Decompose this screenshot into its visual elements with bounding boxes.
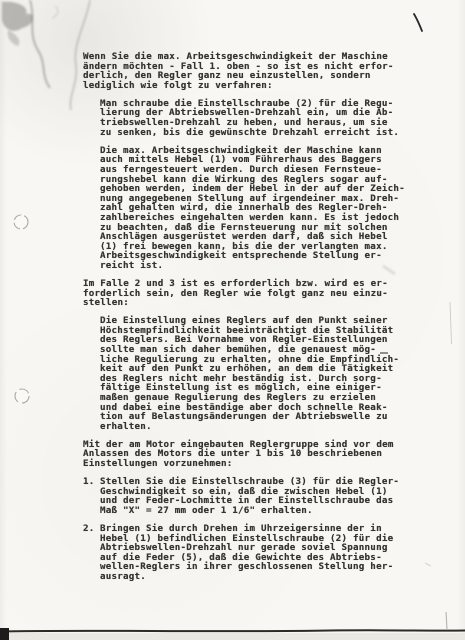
paragraph-text: Mit der am Motor eingebauten Reglergrupp… bbox=[83, 440, 413, 469]
numbered-item: 1.Stellen Sie die Einstellschraube (3) f… bbox=[83, 477, 413, 515]
paragraph: Im Falle 2 und 3 ist es erforderlich bzw… bbox=[83, 279, 413, 308]
punch-hole bbox=[15, 389, 29, 403]
paragraph: Die max. Arbeitsgeschwindigkeit der Masc… bbox=[100, 146, 413, 271]
paragraph: Man schraube die Einstellschraube (2) fü… bbox=[100, 99, 413, 137]
numbered-item: 2.Bringen Sie durch Drehen im Uhrzeigers… bbox=[83, 524, 413, 582]
item-number: 2. bbox=[83, 524, 100, 582]
paragraph-text: Man schraube die Einstellschraube (2) fü… bbox=[100, 99, 413, 137]
paragraph-text: Die Einstellung eines Reglers auf den Pu… bbox=[100, 316, 413, 431]
paragraph-text: Wenn Sie die max. Arbeitsgeschwindigkeit… bbox=[83, 52, 413, 90]
paragraph: Die Einstellung eines Reglers auf den Pu… bbox=[100, 316, 413, 431]
document-text: Wenn Sie die max. Arbeitsgeschwindigkeit… bbox=[83, 52, 413, 590]
punch-hole bbox=[14, 215, 28, 229]
item-number: 1. bbox=[83, 477, 100, 515]
paragraph: Mit der am Motor eingebauten Reglergrupp… bbox=[83, 440, 413, 469]
paragraph-text: Stellen Sie die Einstellschraube (3) für… bbox=[100, 477, 399, 515]
pen-backslash-mark bbox=[414, 14, 422, 31]
paragraph: Wenn Sie die max. Arbeitsgeschwindigkeit… bbox=[83, 52, 413, 90]
paragraph-text: Im Falle 2 und 3 ist es erforderlich bzw… bbox=[83, 279, 413, 308]
paragraph-text: Die max. Arbeitsgeschwindigkeit der Masc… bbox=[100, 146, 413, 271]
scanned-document-page: Wenn Sie die max. Arbeitsgeschwindigkeit… bbox=[0, 0, 465, 640]
crease-smudge-top-left bbox=[2, 0, 90, 110]
scan-edge-bottom bbox=[0, 612, 465, 640]
paragraph-text: Bringen Sie durch Drehen im Uhrzeigersin… bbox=[100, 524, 393, 582]
